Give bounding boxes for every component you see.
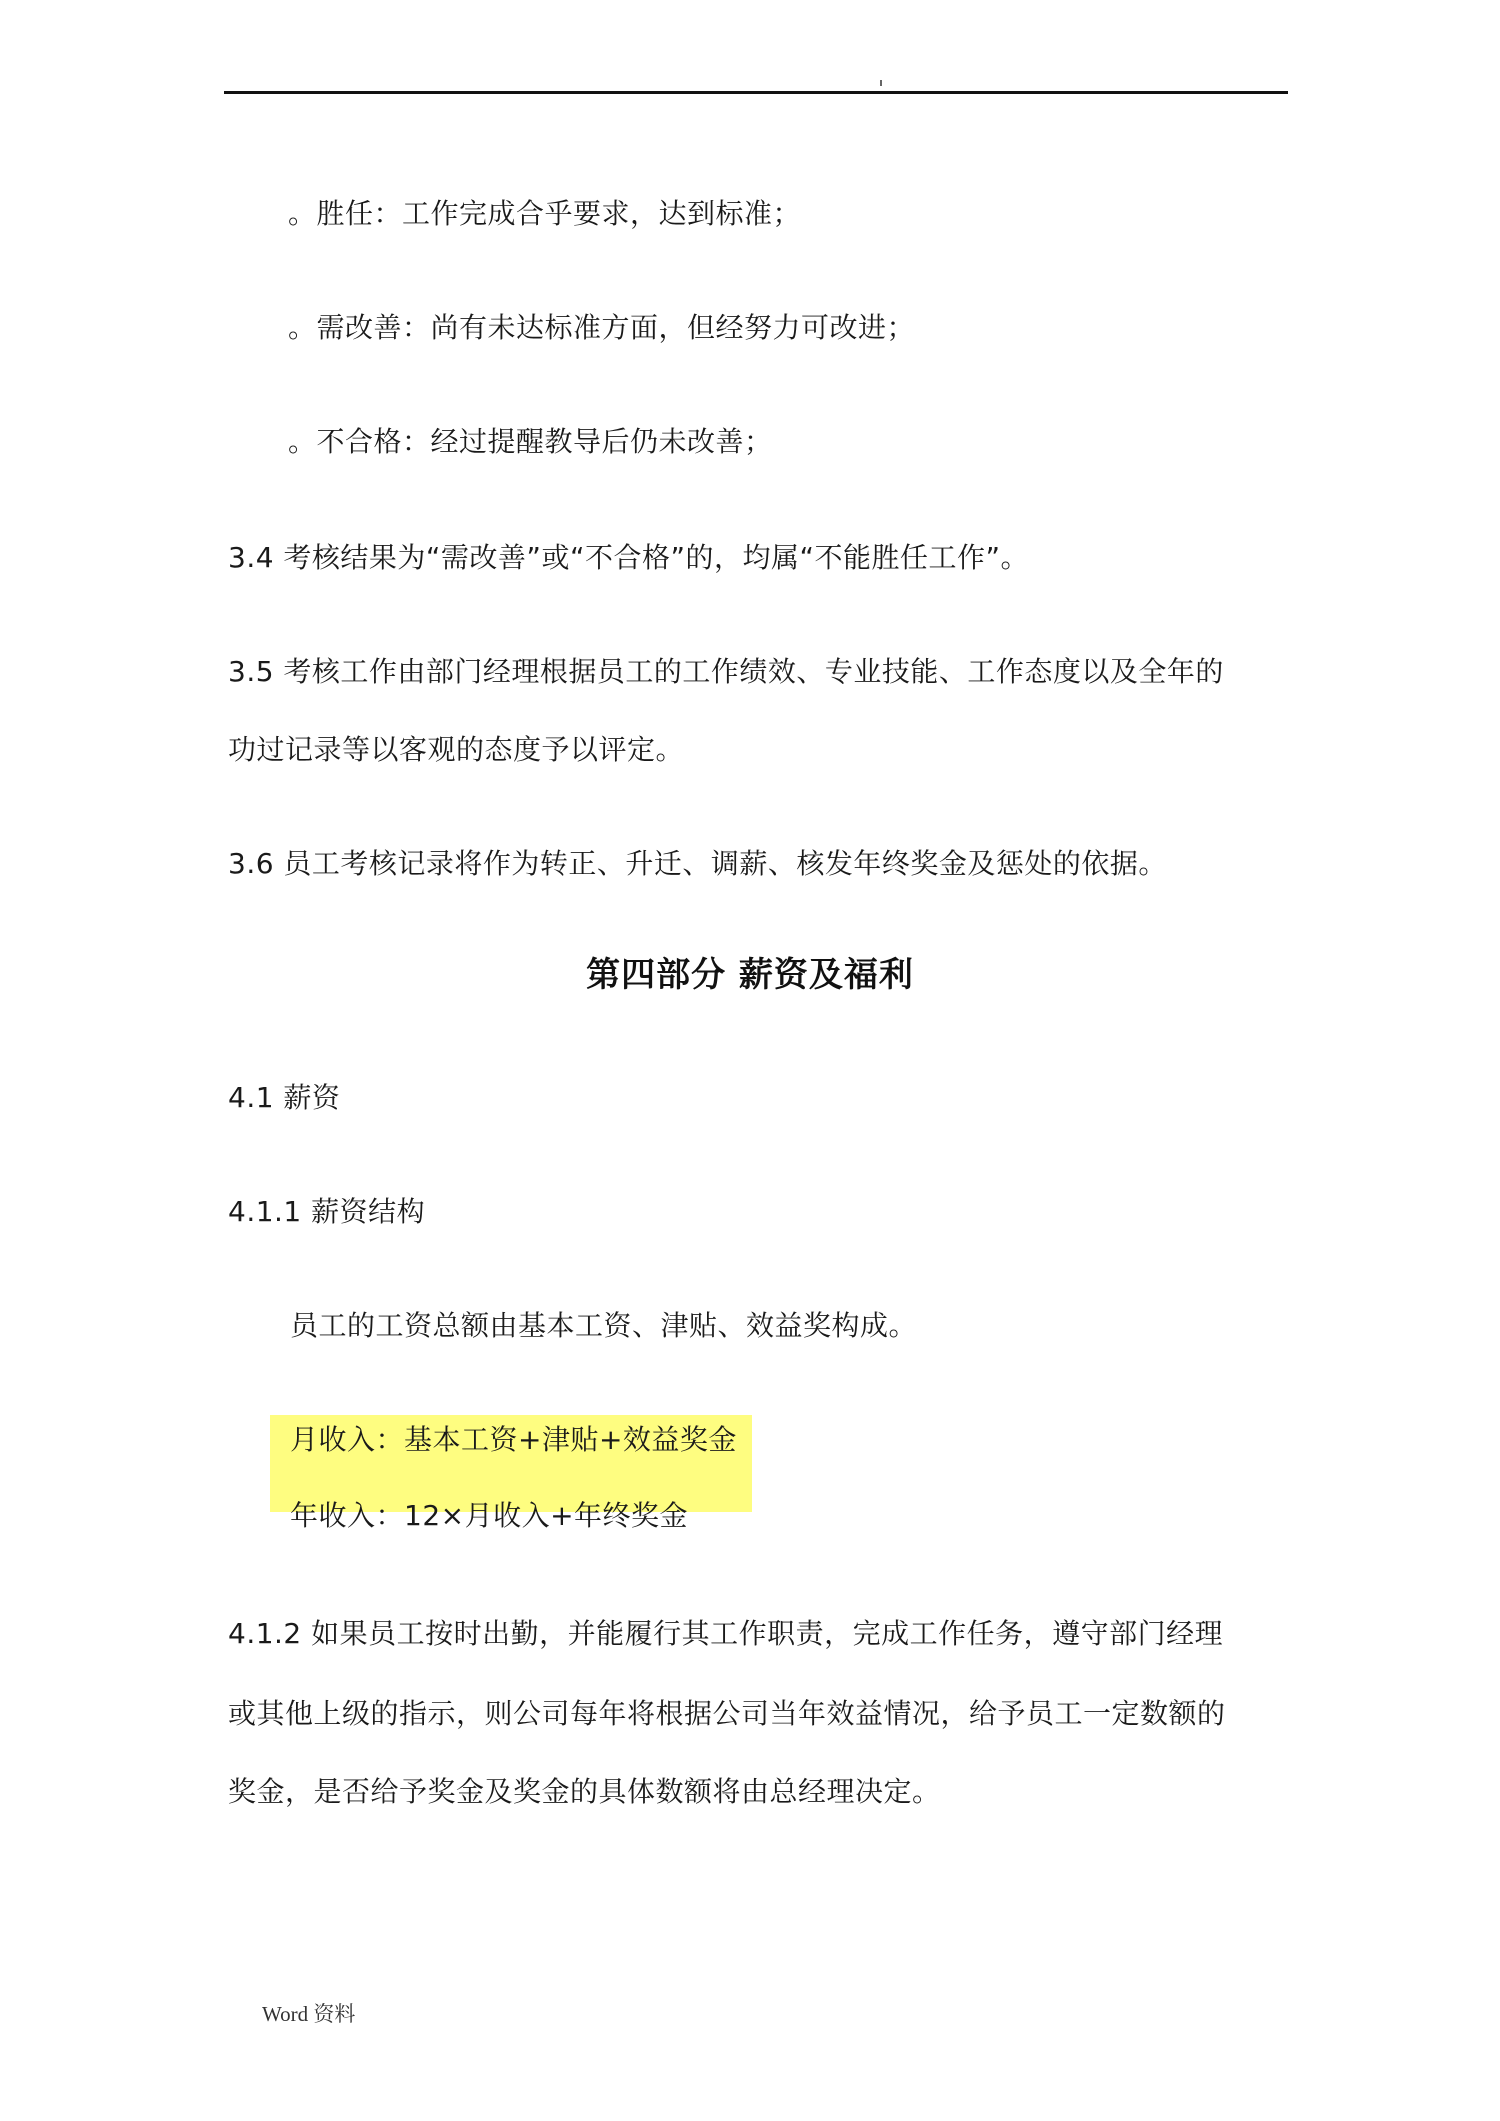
header-mark: [880, 80, 882, 86]
salary-composition: 员工的工资总额由基本工资、津贴、效益奖构成。: [290, 1308, 917, 1344]
section-3-4: 3.4 考核结果为“需改善”或“不合格”的，均属“不能胜任工作”。: [228, 540, 1029, 576]
bullet-marker: 。: [288, 425, 317, 458]
section-3-6: 3.6 员工考核记录将作为转正、升迁、调薪、核发年终奖金及惩处的依据。: [228, 846, 1167, 882]
criteria-text: 胜任：工作完成合乎要求，达到标准；: [317, 197, 802, 230]
section-3-5-line2: 功过记录等以客观的态度予以评定。: [228, 732, 684, 768]
section-3-5-line1: 3.5 考核工作由部门经理根据员工的工作绩效、专业技能、工作态度以及全年的: [228, 654, 1224, 690]
monthly-income-formula: 月收入：基本工资+津贴+效益奖金: [290, 1422, 737, 1458]
section-4-1-2-line1: 4.1.2 如果员工按时出勤，并能履行其工作职责，完成工作任务，遵守部门经理: [228, 1616, 1223, 1652]
section-4-1: 4.1 薪资: [228, 1080, 340, 1116]
bullet-marker: 。: [288, 311, 317, 344]
criteria-item-unqualified: 。不合格：经过提醒教导后仍未改善；: [288, 424, 773, 460]
header-rule: [224, 91, 1288, 94]
footer-label: Word 资料: [262, 1998, 355, 2028]
bullet-marker: 。: [288, 197, 317, 230]
section-4-1-2-line3: 奖金，是否给予奖金及奖金的具体数额将由总经理决定。: [228, 1774, 941, 1810]
criteria-text: 需改善：尚有未达标准方面，但经努力可改进；: [317, 311, 916, 344]
part-4-title: 第四部分 薪资及福利: [0, 955, 1500, 995]
section-4-1-2-line2: 或其他上级的指示，则公司每年将根据公司当年效益情况，给予员工一定数额的: [228, 1696, 1226, 1732]
section-4-1-1: 4.1.1 薪资结构: [228, 1194, 425, 1230]
criteria-text: 不合格：经过提醒教导后仍未改善；: [317, 425, 773, 458]
criteria-item-competent: 。胜任：工作完成合乎要求，达到标准；: [288, 196, 801, 232]
criteria-item-needs-improvement: 。需改善：尚有未达标准方面，但经努力可改进；: [288, 310, 915, 346]
annual-income-formula: 年收入：12×月收入+年终奖金: [290, 1498, 688, 1534]
